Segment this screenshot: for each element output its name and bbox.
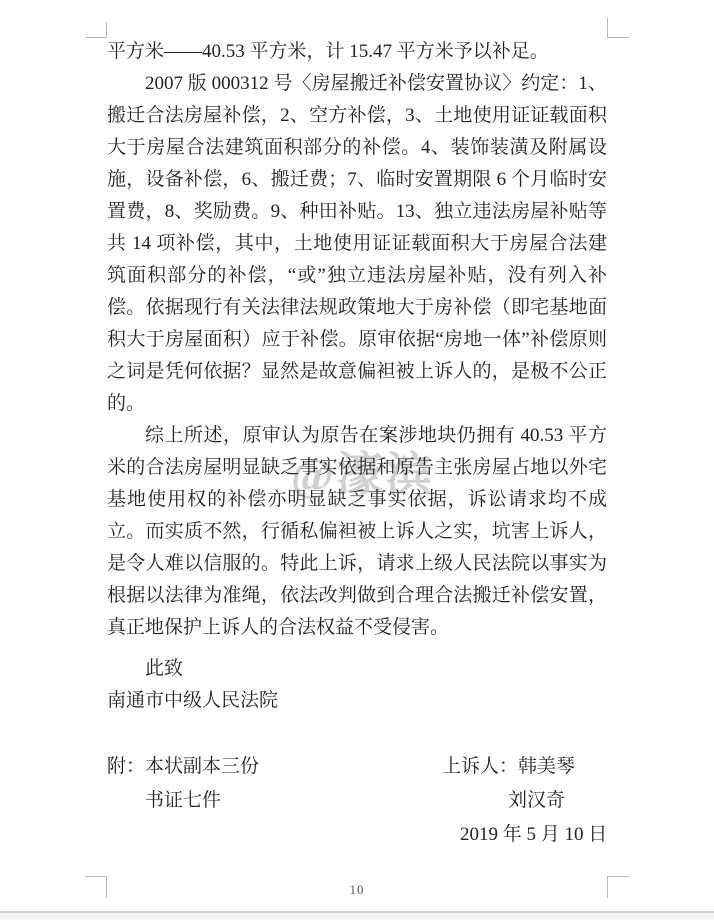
margin-crop-mark-top-right: [607, 18, 629, 38]
attachments-line-1: 附：本状副本三份: [107, 751, 259, 783]
signature-block: 附：本状副本三份 上诉人：韩美琴 书证七件 刘汉奇 2019 年 5 月 10 …: [107, 751, 607, 861]
paragraph-conclusion: 综上所述，原审认为原告在案涉地块仍拥有 40.53 平方米的合法房屋明显缺乏事实…: [107, 420, 607, 644]
page-edge-background: [0, 913, 714, 920]
paragraph-continuation: 平方米——40.53 平方米，计 15.47 平方米予以补足。: [107, 36, 607, 68]
salutation: 此致: [107, 653, 607, 685]
signature-date: 2019 年 5 月 10 日: [460, 819, 607, 851]
court-name: 南通市中级人民法院: [107, 685, 607, 717]
margin-crop-mark-top-left: [85, 22, 107, 38]
appellant-name-1: 上诉人：韩美琴: [442, 751, 575, 783]
paragraph-agreement-terms: 2007 版 000312 号〈房屋搬迁补偿安置协议〉约定：1、搬迁合法房屋补偿…: [107, 68, 607, 420]
document-page: @濠滨 平方米——40.53 平方米，计 15.47 平方米予以补足。 2007…: [0, 0, 714, 920]
page-number: 10: [0, 882, 714, 898]
document-body: 平方米——40.53 平方米，计 15.47 平方米予以补足。 2007 版 0…: [107, 36, 607, 861]
attachments-line-2: 书证七件: [145, 785, 221, 817]
appellant-name-2: 刘汉奇: [508, 785, 565, 817]
